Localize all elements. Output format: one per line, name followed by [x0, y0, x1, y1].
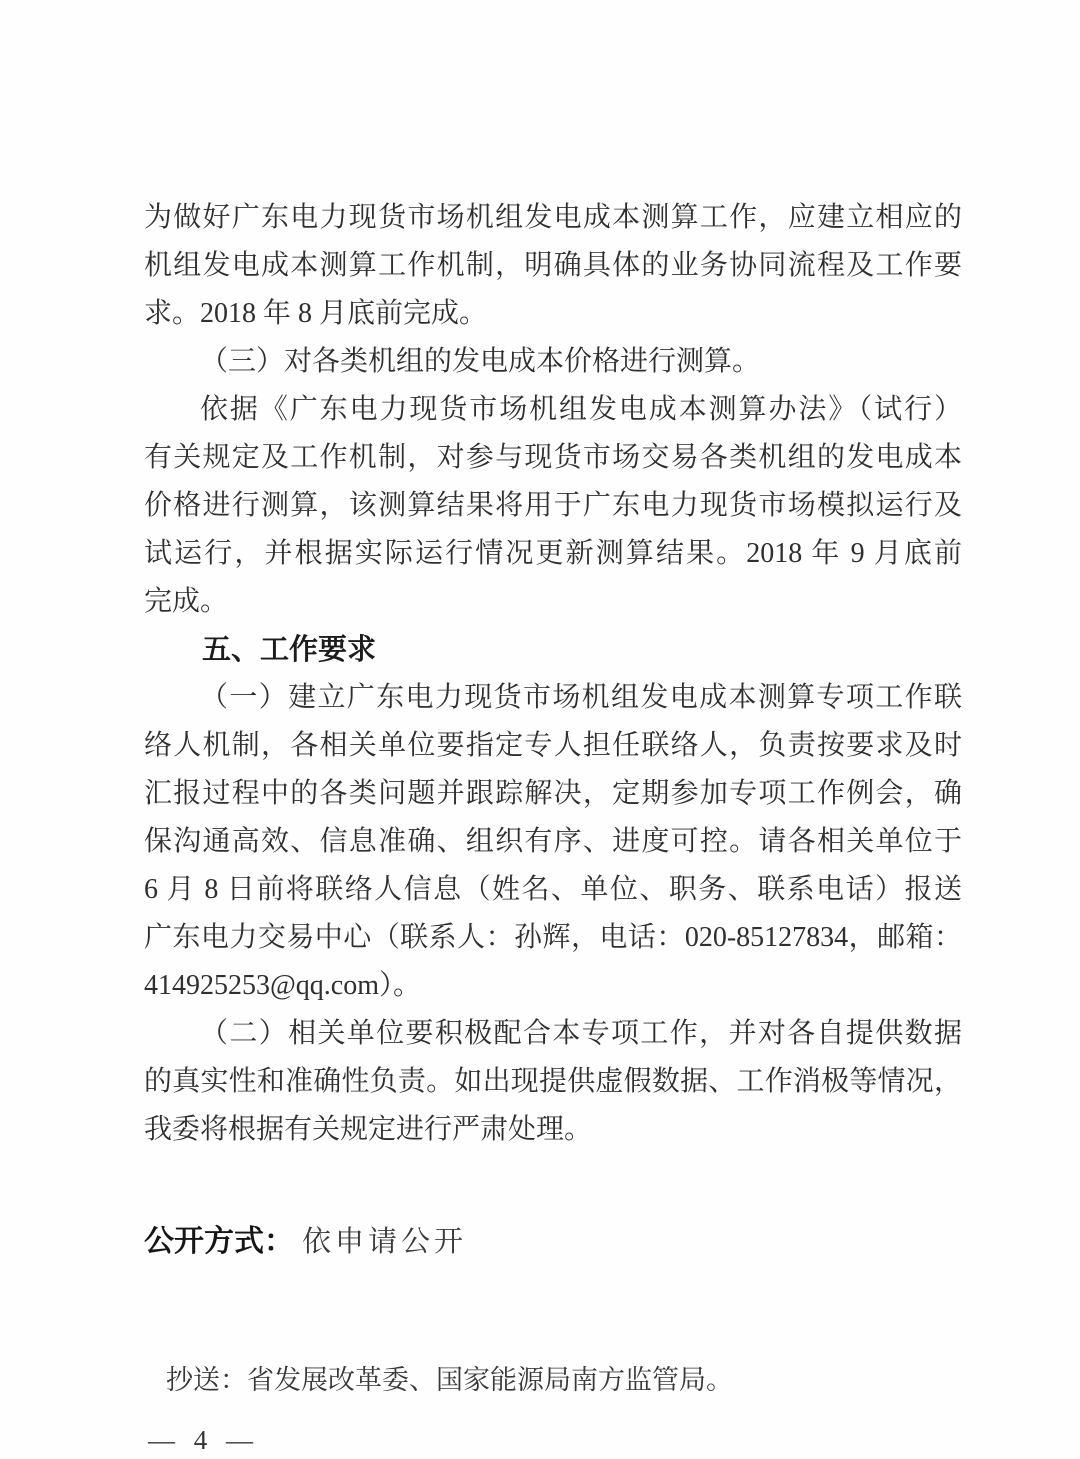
- section-heading: 五、工作要求: [144, 626, 962, 674]
- document-body: 为做好广东电力现货市场机组发电成本测算工作，应建立相应的机组发电成本测算工作机制…: [144, 194, 962, 1154]
- page-number: — 4 —: [148, 1420, 259, 1459]
- body-text-line: 依据《广东电力现货市场机组发电成本测算办法》（试行）: [144, 386, 962, 434]
- body-text-line: 有关规定及工作机制，对参与现货市场交易各类机组的发电成本: [144, 434, 962, 482]
- body-text-line: 机组发电成本测算工作机制，明确具体的业务协同流程及工作要: [144, 242, 962, 290]
- body-text-line: 我委将根据有关规定进行严肃处理。: [144, 1106, 962, 1154]
- document-page: 为做好广东电力现货市场机组发电成本测算工作，应建立相应的机组发电成本测算工作机制…: [0, 0, 1080, 1459]
- body-text-line: （三）对各类机组的发电成本价格进行测算。: [144, 338, 962, 386]
- disclosure-row: 公开方式：依申请公开: [144, 1218, 467, 1266]
- disclosure-label: 公开方式：: [144, 1225, 294, 1258]
- body-text-line: 试运行，并根据实际运行情况更新测算结果。2018 年 9 月底前: [144, 530, 962, 578]
- body-text-line: 价格进行测算，该测算结果将用于广东电力现货市场模拟运行及: [144, 482, 962, 530]
- body-text-line: 为做好广东电力现货市场机组发电成本测算工作，应建立相应的: [144, 194, 962, 242]
- body-text-line: （一）建立广东电力现货市场机组发电成本测算专项工作联: [144, 674, 962, 722]
- body-text-line: 保沟通高效、信息准确、组织有序、进度可控。请各相关单位于: [144, 818, 962, 866]
- body-text-line: 络人机制，各相关单位要指定专人担任联络人，负责按要求及时: [144, 722, 962, 770]
- body-text-line: 完成。: [144, 578, 962, 626]
- body-text-line: 求。2018 年 8 月底前完成。: [144, 290, 962, 338]
- cc-line: 抄送：省发展改革委、国家能源局南方监管局。: [166, 1358, 733, 1402]
- body-text-line: （二）相关单位要积极配合本专项工作，并对各自提供数据: [144, 1010, 962, 1058]
- body-text-line: 的真实性和准确性负责。如出现提供虚假数据、工作消极等情况，: [144, 1058, 962, 1106]
- body-text-line: 414925253@qq.com）。: [144, 962, 962, 1010]
- body-text-line: 6 月 8 日前将联络人信息（姓名、单位、职务、联系电话）报送: [144, 866, 962, 914]
- body-text-line: 广东电力交易中心（联系人：孙辉，电话：020-85127834，邮箱：: [144, 914, 962, 962]
- body-text-line: 汇报过程中的各类问题并跟踪解决，定期参加专项工作例会，确: [144, 770, 962, 818]
- disclosure-value: 依申请公开: [302, 1226, 467, 1258]
